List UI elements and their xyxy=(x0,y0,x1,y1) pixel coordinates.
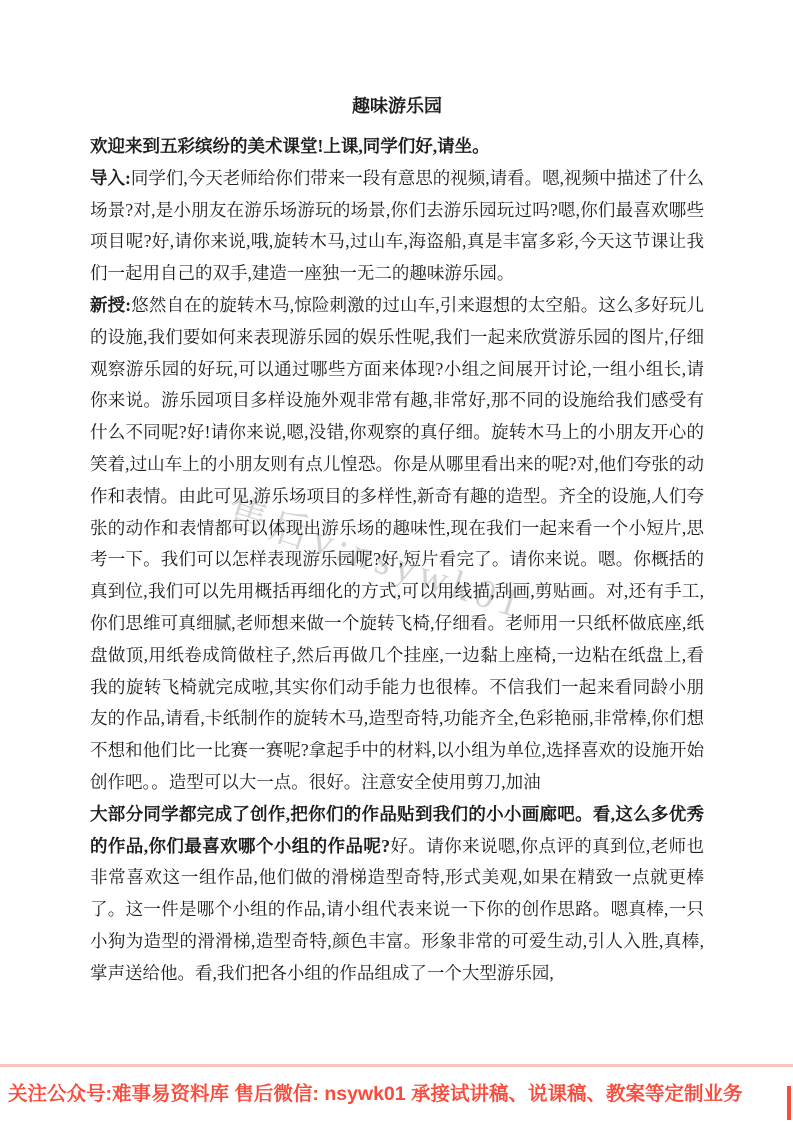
text-segment: 好。请你来说嗯,你点评的真到位,老师也非常喜欢这一组作品,他们做的滑梯造型奇特,… xyxy=(90,836,704,983)
document-body: 欢迎来到五彩缤纷的美术课堂!上课,同学们好,请坐。导入:同学们,今天老师给你们带… xyxy=(90,131,704,990)
document-page: 售后v:nsywk01 趣味游乐园 欢迎来到五彩缤纷的美术课堂!上课,同学们好,… xyxy=(0,0,793,1122)
paragraph-lead-in: 导入:同学们,今天老师给你们带来一段有意思的视频,请看。嗯,视频中描述了什么场景… xyxy=(90,163,704,290)
footer-divider xyxy=(0,1064,793,1067)
page-edge-mark xyxy=(787,1086,791,1120)
text-segment: 悠然自在的旋转木马,惊险刺激的过山车,引来遐想的太空船。这么多好玩儿的设施,我们… xyxy=(90,295,704,792)
paragraph-greeting: 欢迎来到五彩缤纷的美术课堂!上课,同学们好,请坐。 xyxy=(90,131,704,163)
bold-text-segment: 新授: xyxy=(90,295,131,315)
paragraph-summary: 大部分同学都完成了创作,把你们的作品贴到我们的小小画廊吧。看,这么多优秀的作品,… xyxy=(90,799,704,990)
bold-text-segment: 欢迎来到五彩缤纷的美术课堂!上课,同学们好,请坐。 xyxy=(90,136,490,156)
document-content: 趣味游乐园 欢迎来到五彩缤纷的美术课堂!上课,同学们好,请坐。导入:同学们,今天… xyxy=(90,94,704,990)
footer-banner: 关注公众号:难事易资料库 售后微信: nsywk01 承接试讲稿、说课稿、教案等… xyxy=(8,1081,788,1107)
page-title: 趣味游乐园 xyxy=(90,94,704,118)
bold-text-segment: 导入: xyxy=(90,168,131,188)
text-segment: 同学们,今天老师给你们带来一段有意思的视频,请看。嗯,视频中描述了什么场景?对,… xyxy=(90,168,704,283)
paragraph-new-lesson: 新授:悠然自在的旋转木马,惊险刺激的过山车,引来遐想的太空船。这么多好玩儿的设施… xyxy=(90,290,704,799)
